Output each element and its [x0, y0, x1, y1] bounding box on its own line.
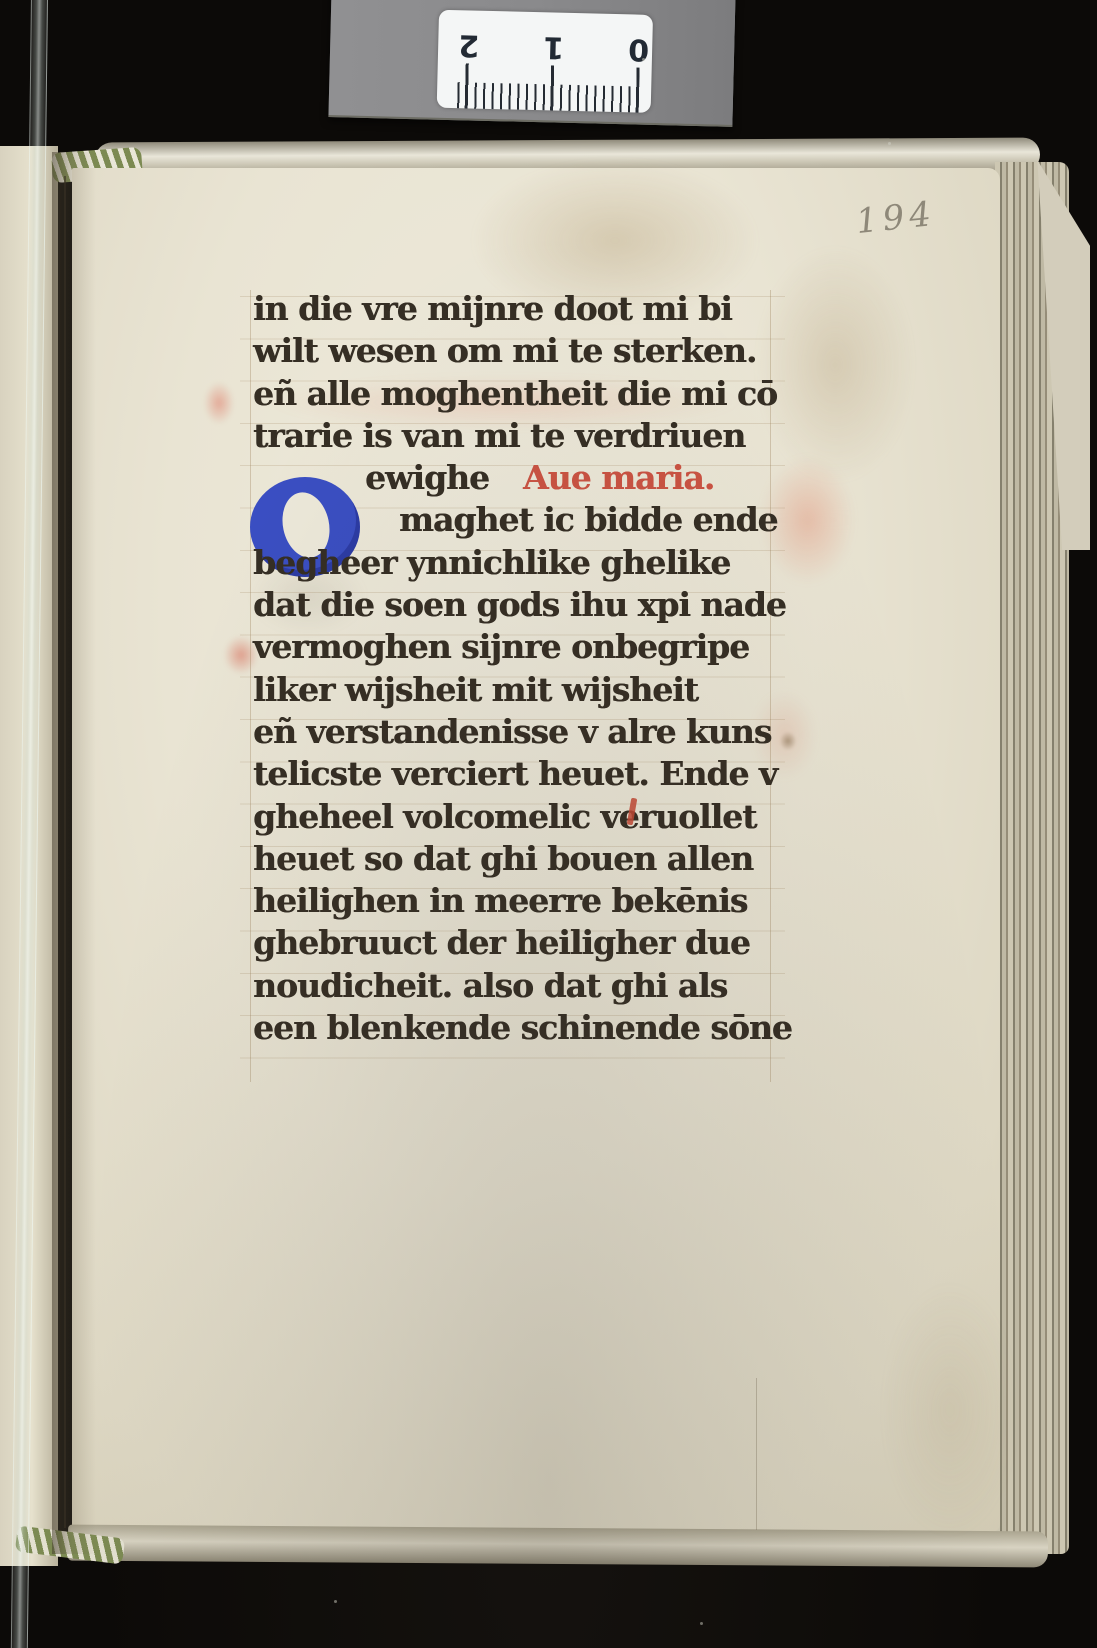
- text-line: dat die soen gods ihu xpi nade: [253, 584, 788, 626]
- text-line: telicste verciert heuet. Ende v: [253, 753, 788, 795]
- dust-speck: [700, 1622, 703, 1625]
- text-line: begheer ynnichlike ghelike: [253, 542, 788, 584]
- text-line: ewighe: [365, 458, 489, 497]
- manuscript-photo: 194 O in die vre mijnre doot mi bi wilt …: [0, 0, 1097, 1648]
- ruler-number-0: 0: [629, 31, 650, 66]
- parchment-crease: [756, 1378, 757, 1530]
- text-line: gheheel volcomelic veruollet: [253, 796, 788, 838]
- text-line: eñ verstandenisse v alre kuns: [253, 711, 788, 753]
- text-line: een blenkende schinende sōne: [253, 1007, 788, 1049]
- ruler-cm-ticks: [453, 63, 640, 113]
- ruler-number-2: 2: [459, 27, 480, 62]
- folio-number: 194: [854, 194, 938, 242]
- text-line: wilt wesen om mi te sterken.: [253, 330, 788, 372]
- text-line: vermoghen sijnre onbegripe: [253, 626, 788, 668]
- text-line: heilighen in meerre bekēnis: [253, 880, 788, 922]
- binding-stitch-line: [64, 176, 66, 1528]
- red-offset-smudge: [204, 382, 234, 424]
- parchment-stain: [880, 1280, 1020, 1540]
- gutter-shadow: [52, 152, 96, 1554]
- text-line-with-rubric: ewigheAue maria.: [253, 457, 788, 499]
- text-line: ghebruuct der heiligher due: [253, 922, 788, 964]
- rubric-text: Aue maria.: [523, 458, 714, 497]
- text-line: liker wijsheit mit wijsheit: [253, 669, 788, 711]
- dust-speck: [334, 1600, 337, 1603]
- ruler-number-1: 1: [544, 29, 565, 64]
- dust-speck: [888, 142, 891, 145]
- text-line: noudicheit. also dat ghi als: [253, 965, 788, 1007]
- margin-rule-left: [250, 290, 251, 1082]
- text-line: heuet so dat ghi bouen allen: [253, 838, 788, 880]
- text-line: eñ alle moghentheit die mi cō: [253, 373, 788, 415]
- text-block: in die vre mijnre doot mi bi wilt wesen …: [253, 288, 788, 1049]
- text-line: in die vre mijnre doot mi bi: [253, 288, 788, 330]
- ruler-sticker: 0 1 2: [437, 10, 653, 113]
- scale-card: 0 1 2: [328, 0, 735, 127]
- dust-speck: [642, 58, 645, 61]
- text-line: maghet ic bidde ende: [253, 499, 788, 541]
- text-line: trarie is van mi te verdriuen: [253, 415, 788, 457]
- book-bottom-edge: [68, 1525, 1048, 1568]
